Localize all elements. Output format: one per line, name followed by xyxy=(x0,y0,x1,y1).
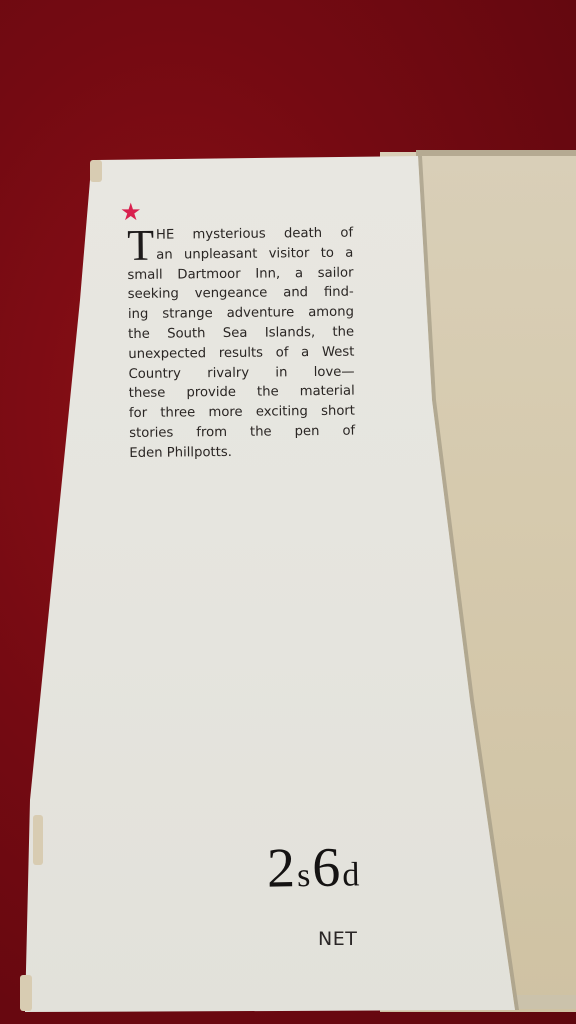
blurb-line: unexpected results of a West xyxy=(128,342,354,364)
net-label: NET xyxy=(318,928,357,950)
blurb-line: these provide the material xyxy=(129,382,355,404)
blurb-line: an unpleasant visitor to a xyxy=(127,243,353,265)
blurb-line: HE mysterious death of xyxy=(127,224,353,246)
blurb-line: ing strange adventure among xyxy=(128,303,354,325)
blurb-line: stories from the pen of xyxy=(129,422,355,444)
blurb-text: T HE mysterious death of an unpleasant v… xyxy=(127,224,355,464)
price-shillings: 2 xyxy=(267,837,296,899)
photo-scene: ★ T HE mysterious death of an unpleasant… xyxy=(0,0,576,1024)
board-bottom-edge xyxy=(515,995,576,1009)
price-s: s xyxy=(297,857,311,894)
blurb-line: Country rivalry in love— xyxy=(128,362,354,384)
price: 2s6d xyxy=(267,839,362,896)
price-pence: 6 xyxy=(312,837,341,899)
board-top-edge xyxy=(416,150,576,156)
blurb-line: for three more exciting short xyxy=(129,402,355,424)
torn-edge xyxy=(33,815,43,865)
dropcap: T xyxy=(127,228,154,264)
price-d: d xyxy=(342,856,360,893)
blurb-line: small Dartmoor Inn, a sailor xyxy=(127,263,353,285)
blurb-line: the South Sea Islands, the xyxy=(128,323,354,345)
torn-edge xyxy=(90,160,102,182)
blurb-line: seeking vengeance and find- xyxy=(128,283,354,305)
torn-edge xyxy=(20,975,32,1011)
blurb-line: Eden Phillpotts. xyxy=(129,441,355,463)
